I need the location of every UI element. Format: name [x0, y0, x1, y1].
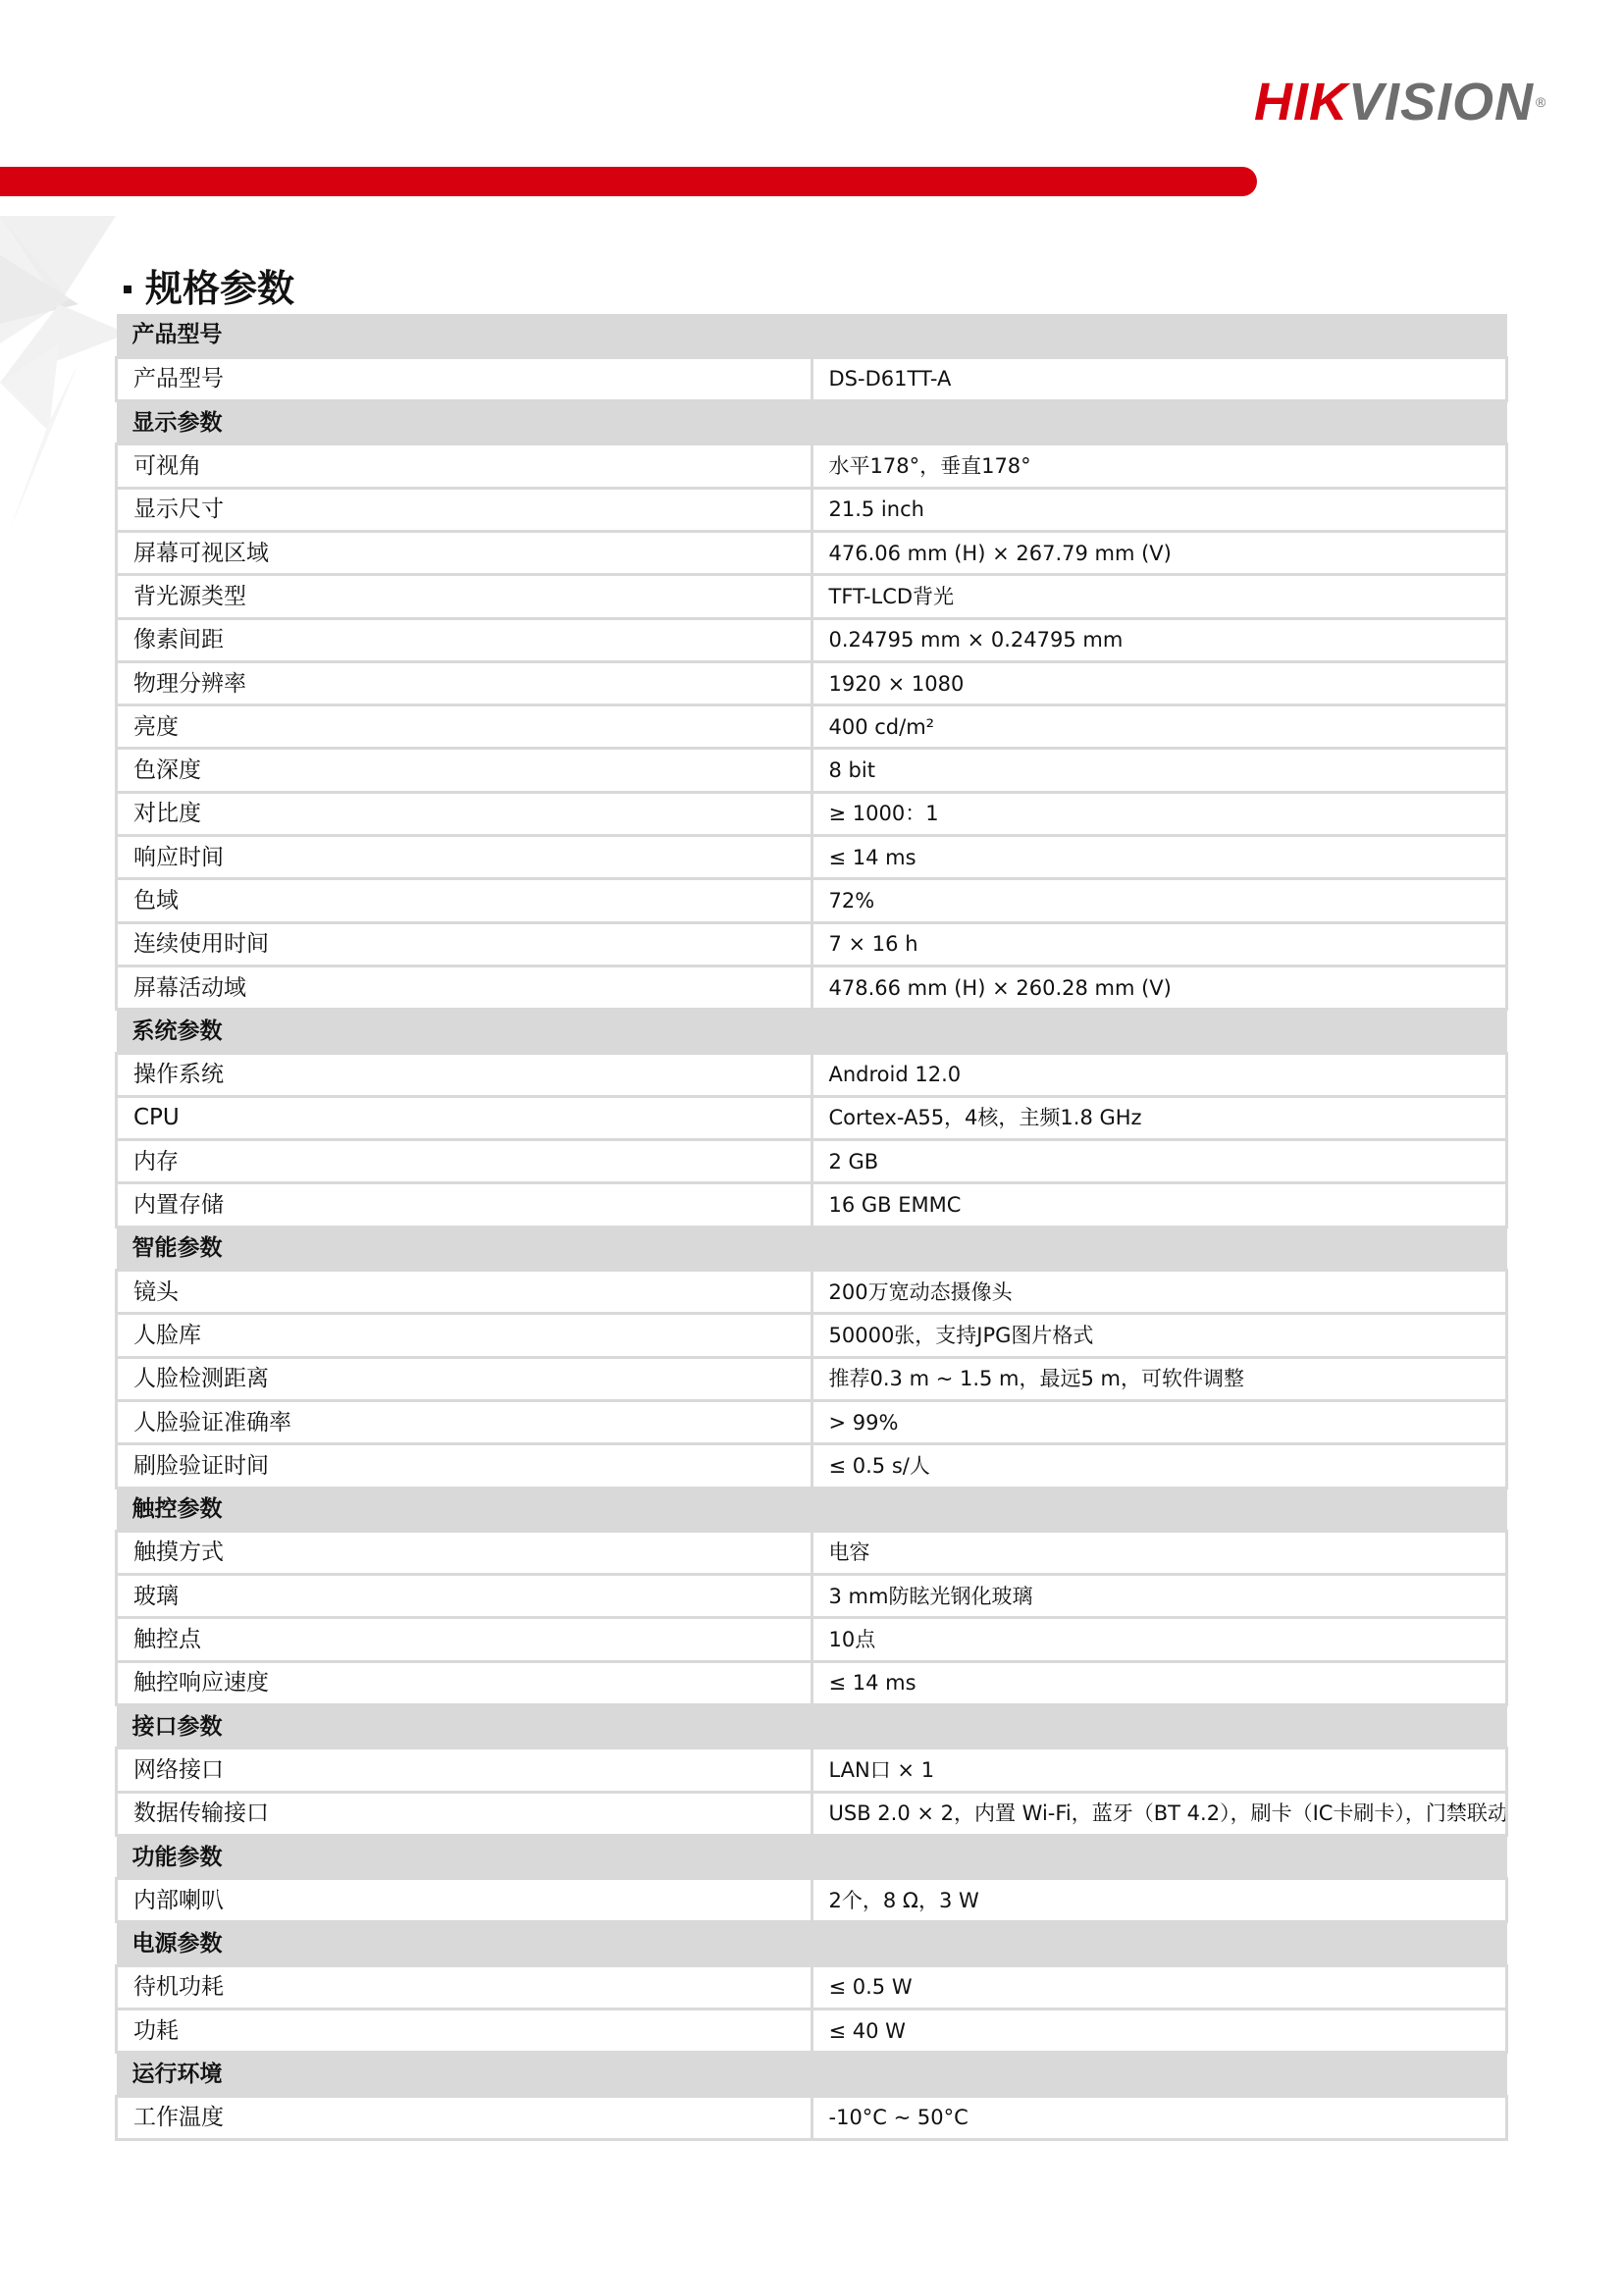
table-row: 内存2 GB [117, 1140, 1507, 1183]
spec-label: 操作系统 [117, 1053, 812, 1096]
spec-value: 16 GB EMMC [811, 1183, 1507, 1226]
table-row: 触控点10点 [117, 1618, 1507, 1661]
spec-value: ≥ 1000：1 [811, 792, 1507, 835]
table-row: 像素间距0.24795 mm × 0.24795 mm [117, 618, 1507, 661]
section-title: 触控参数 [117, 1487, 1507, 1531]
spec-value: 7 × 16 h [811, 922, 1507, 965]
table-row: 内部喇叭2个，8 Ω，3 W [117, 1879, 1507, 1922]
table-row: 数据传输接口USB 2.0 × 2，内置 Wi-Fi，蓝牙（BT 4.2），刷卡… [117, 1792, 1507, 1835]
spec-label: 数据传输接口 [117, 1792, 812, 1835]
section-header-row: 触控参数 [117, 1487, 1507, 1531]
spec-label: 屏幕可视区域 [117, 531, 812, 574]
section-title: 功能参数 [117, 1835, 1507, 1878]
table-row: 色深度8 bit [117, 749, 1507, 792]
logo-text-hik: HIK [1254, 73, 1348, 131]
spec-label: 屏幕活动域 [117, 965, 812, 1009]
section-header-row: 智能参数 [117, 1226, 1507, 1270]
table-row: 亮度400 cd/m² [117, 705, 1507, 749]
section-header-row: 系统参数 [117, 1010, 1507, 1053]
section-title: 产品型号 [117, 314, 1507, 357]
table-row: 操作系统Android 12.0 [117, 1053, 1507, 1096]
spec-label: 刷脸验证时间 [117, 1444, 812, 1487]
spec-value: 478.66 mm (H) × 260.28 mm (V) [811, 965, 1507, 1009]
spec-label: 人脸检测距离 [117, 1357, 812, 1400]
spec-label: 工作温度 [117, 2096, 812, 2139]
table-row: 触摸方式电容 [117, 1531, 1507, 1574]
table-row: 内置存储16 GB EMMC [117, 1183, 1507, 1226]
spec-label: 玻璃 [117, 1575, 812, 1618]
table-row: 对比度≥ 1000：1 [117, 792, 1507, 835]
spec-label: 连续使用时间 [117, 922, 812, 965]
table-row: 色域72% [117, 879, 1507, 922]
decorative-triangles-icon [0, 196, 128, 530]
page-title-text: 规格参数 [145, 263, 294, 314]
section-header-row: 产品型号 [117, 314, 1507, 357]
table-row: 人脸检测距离推荐0.3 m ~ 1.5 m，最远5 m，可软件调整 [117, 1357, 1507, 1400]
spec-label: 像素间距 [117, 618, 812, 661]
table-row: 玻璃3 mm防眩光钢化玻璃 [117, 1575, 1507, 1618]
spec-label: 镜头 [117, 1271, 812, 1314]
table-row: 人脸验证准确率 > 99% [117, 1400, 1507, 1443]
spec-label: 待机功耗 [117, 1965, 812, 2009]
spec-label: 色域 [117, 879, 812, 922]
table-row: CPUCortex-A55，4核，主频1.8 GHz [117, 1096, 1507, 1139]
spec-label: 内存 [117, 1140, 812, 1183]
header-red-bar [0, 167, 1257, 196]
spec-label: 人脸库 [117, 1314, 812, 1357]
table-row: 网络接口LAN口 × 1 [117, 1748, 1507, 1792]
spec-value: 2个，8 Ω，3 W [811, 1879, 1507, 1922]
spec-label: 响应时间 [117, 836, 812, 879]
spec-label: 触控响应速度 [117, 1661, 812, 1704]
spec-value: -10°C ~ 50°C [811, 2096, 1507, 2139]
spec-label: 人脸验证准确率 [117, 1400, 812, 1443]
table-row: 刷脸验证时间≤ 0.5 s/人 [117, 1444, 1507, 1487]
spec-value: 21.5 inch [811, 488, 1507, 531]
spec-value: Android 12.0 [811, 1053, 1507, 1096]
registered-mark-icon: ® [1536, 94, 1546, 110]
spec-value: 2 GB [811, 1140, 1507, 1183]
spec-value: ≤ 0.5 s/人 [811, 1444, 1507, 1487]
spec-value: 3 mm防眩光钢化玻璃 [811, 1575, 1507, 1618]
page-title: 规格参数 [124, 263, 294, 314]
spec-value: Cortex-A55，4核，主频1.8 GHz [811, 1096, 1507, 1139]
section-title: 接口参数 [117, 1705, 1507, 1748]
table-row: 响应时间≤ 14 ms [117, 836, 1507, 879]
spec-value: ≤ 14 ms [811, 836, 1507, 879]
table-row: 物理分辨率1920 × 1080 [117, 661, 1507, 704]
table-row: 功耗≤ 40 W [117, 2009, 1507, 2053]
spec-value: DS-D61TT-A [811, 357, 1507, 400]
section-title: 运行环境 [117, 2053, 1507, 2096]
table-row: 显示尺寸21.5 inch [117, 488, 1507, 531]
table-row: 连续使用时间7 × 16 h [117, 922, 1507, 965]
spec-label: 功耗 [117, 2009, 812, 2053]
spec-value: 200万宽动态摄像头 [811, 1271, 1507, 1314]
spec-label: 内置存储 [117, 1183, 812, 1226]
spec-value: > 99% [811, 1400, 1507, 1443]
section-header-row: 电源参数 [117, 1922, 1507, 1965]
spec-label: 色深度 [117, 749, 812, 792]
table-row: 镜头200万宽动态摄像头 [117, 1271, 1507, 1314]
spec-value: 水平178°，垂直178° [811, 444, 1507, 488]
spec-label: 显示尺寸 [117, 488, 812, 531]
spec-value: ≤ 40 W [811, 2009, 1507, 2053]
table-row: 屏幕活动域478.66 mm (H) × 260.28 mm (V) [117, 965, 1507, 1009]
spec-value: 推荐0.3 m ~ 1.5 m，最远5 m，可软件调整 [811, 1357, 1507, 1400]
table-row: 触控响应速度≤ 14 ms [117, 1661, 1507, 1704]
spec-value: 1920 × 1080 [811, 661, 1507, 704]
section-header-row: 接口参数 [117, 1705, 1507, 1748]
spec-value: 50000张，支持JPG图片格式 [811, 1314, 1507, 1357]
section-title: 系统参数 [117, 1010, 1507, 1053]
spec-value: 476.06 mm (H) × 267.79 mm (V) [811, 531, 1507, 574]
table-row: 可视角水平178°，垂直178° [117, 444, 1507, 488]
section-header-row: 运行环境 [117, 2053, 1507, 2096]
spec-value: LAN口 × 1 [811, 1748, 1507, 1792]
spec-value: 400 cd/m² [811, 705, 1507, 749]
table-row: 待机功耗≤ 0.5 W [117, 1965, 1507, 2009]
table-row: 屏幕可视区域476.06 mm (H) × 267.79 mm (V) [117, 531, 1507, 574]
section-title: 电源参数 [117, 1922, 1507, 1965]
spec-label: 触控点 [117, 1618, 812, 1661]
spec-value: USB 2.0 × 2，内置 Wi-Fi，蓝牙（BT 4.2），刷卡（IC卡刷卡… [811, 1792, 1507, 1835]
spec-value: 72% [811, 879, 1507, 922]
table-row: 工作温度-10°C ~ 50°C [117, 2096, 1507, 2139]
spec-label: 网络接口 [117, 1748, 812, 1792]
spec-label: 物理分辨率 [117, 661, 812, 704]
spec-value: 10点 [811, 1618, 1507, 1661]
spec-label: 背光源类型 [117, 575, 812, 618]
spec-value: 8 bit [811, 749, 1507, 792]
spec-label: 可视角 [117, 444, 812, 488]
table-row: 产品型号DS-D61TT-A [117, 357, 1507, 400]
spec-value: 电容 [811, 1531, 1507, 1574]
spec-label: 产品型号 [117, 357, 812, 400]
spec-label: 触摸方式 [117, 1531, 812, 1574]
spec-value: 0.24795 mm × 0.24795 mm [811, 618, 1507, 661]
section-header-row: 功能参数 [117, 1835, 1507, 1878]
spec-label: CPU [117, 1096, 812, 1139]
spec-table: 产品型号产品型号DS-D61TT-A显示参数可视角水平178°，垂直178°显示… [115, 314, 1508, 2141]
spec-label: 亮度 [117, 705, 812, 749]
spec-value: ≤ 14 ms [811, 1661, 1507, 1704]
spec-label: 内部喇叭 [117, 1879, 812, 1922]
bullet-icon [124, 286, 131, 293]
spec-label: 对比度 [117, 792, 812, 835]
table-row: 人脸库50000张，支持JPG图片格式 [117, 1314, 1507, 1357]
spec-value: TFT-LCD背光 [811, 575, 1507, 618]
section-title: 智能参数 [117, 1226, 1507, 1270]
table-row: 背光源类型TFT-LCD背光 [117, 575, 1507, 618]
section-header-row: 显示参数 [117, 401, 1507, 444]
hikvision-logo: HIKVISION® [1254, 75, 1546, 130]
logo-text-vision: VISION [1348, 73, 1534, 131]
spec-value: ≤ 0.5 W [811, 1965, 1507, 2009]
section-title: 显示参数 [117, 401, 1507, 444]
